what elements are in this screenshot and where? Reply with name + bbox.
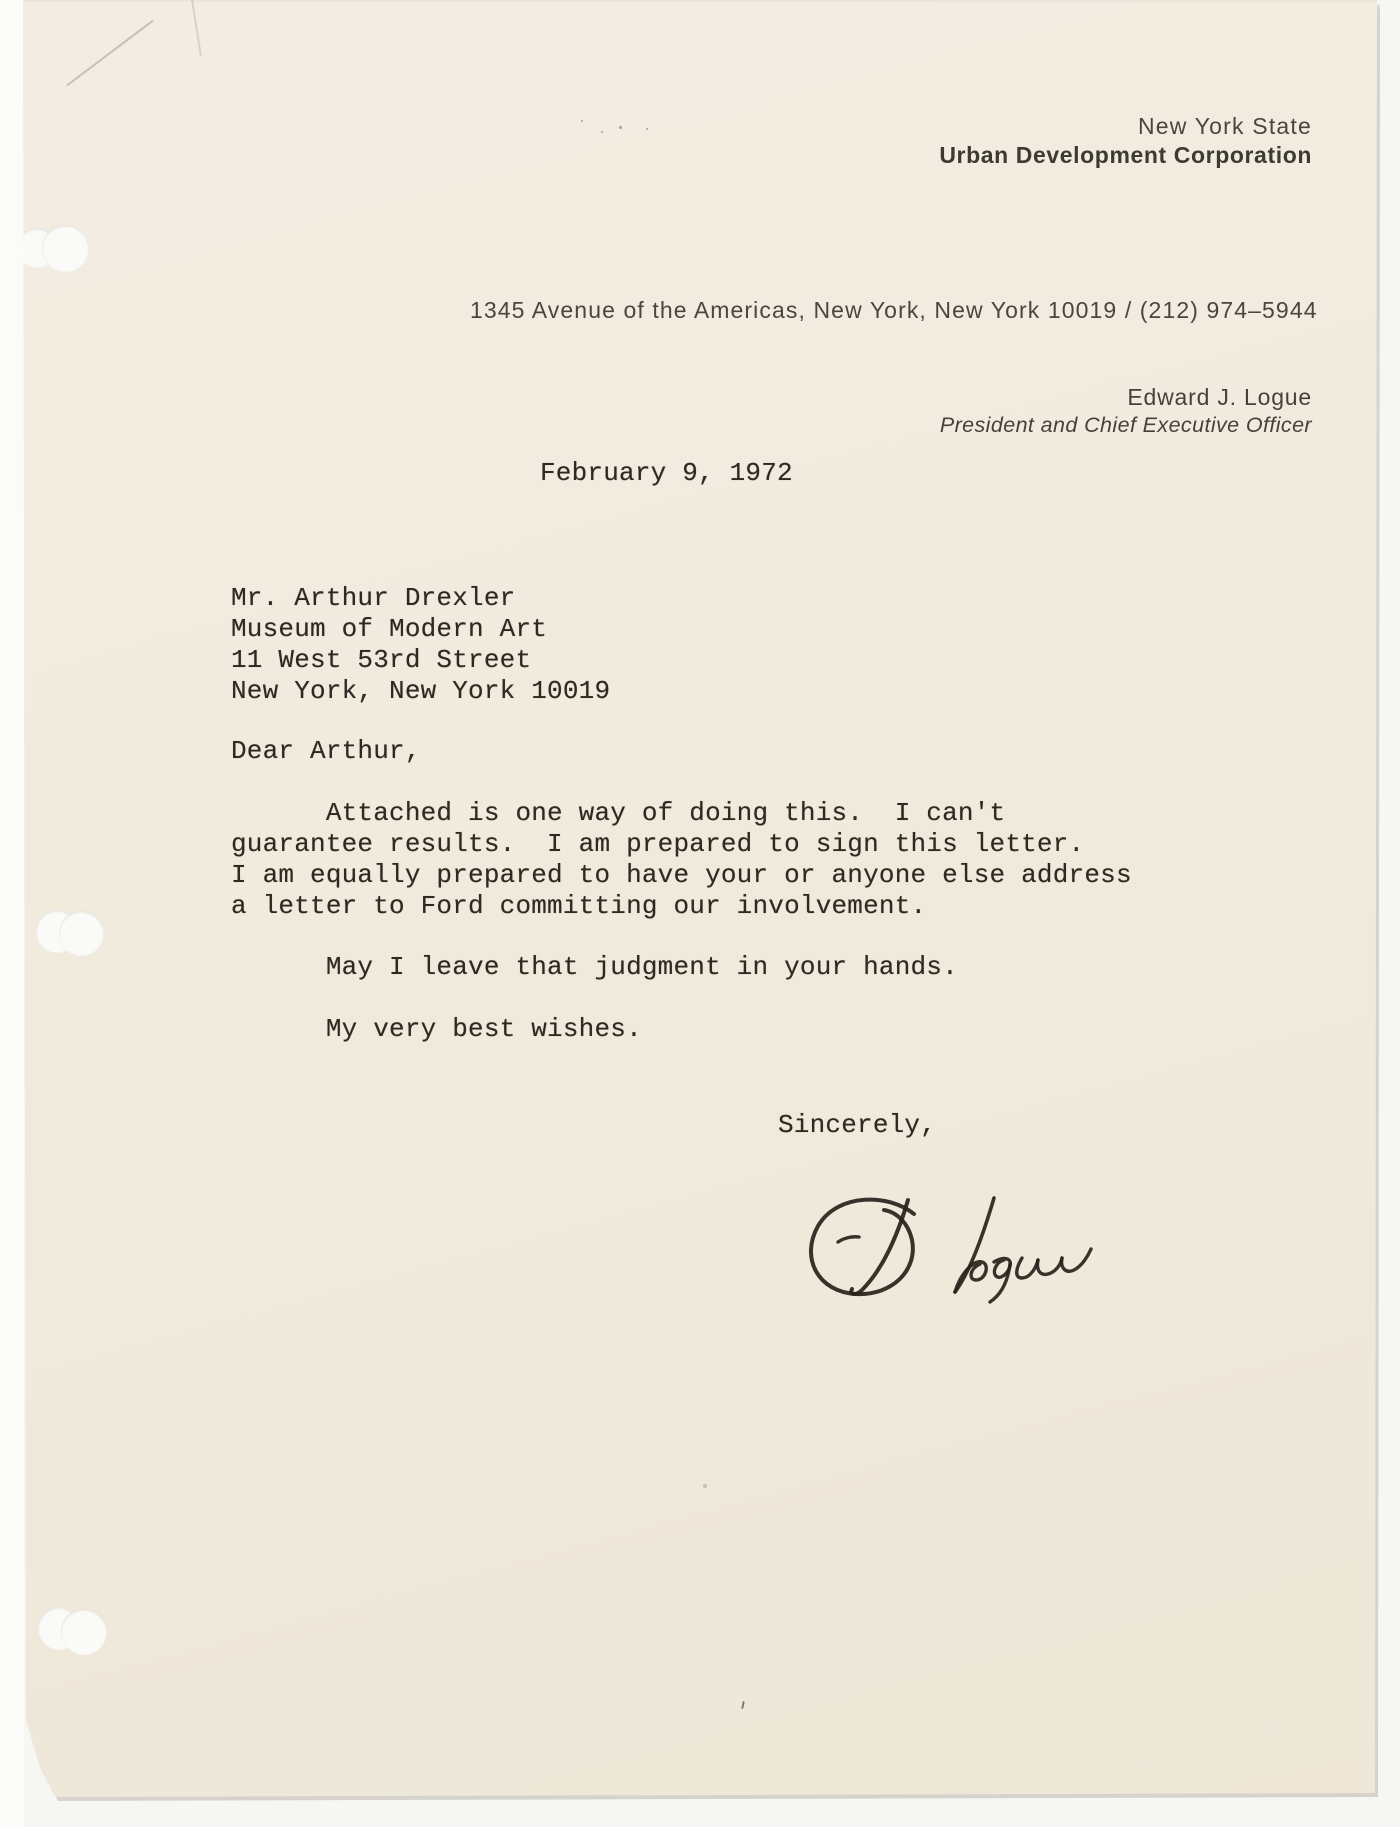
date-line: February 9, 1972 [540,458,793,489]
stray-ink-mark [741,1701,745,1709]
paper-speck [703,1484,707,1488]
letterhead-officer-block: Edward J. Logue President and Chief Exec… [940,383,1312,439]
corner-crease-mark [66,20,153,87]
salutation: Dear Arthur, [231,736,421,767]
signature-handwriting [798,1192,1098,1307]
body-paragraph-2: May I leave that judgment in your hands. [231,952,958,983]
scan-background [0,0,24,1827]
letterhead: New York State Urban Development Corpora… [939,112,1312,170]
officer-name: Edward J. Logue [940,383,1312,411]
letterhead-org-line1: New York State [939,112,1312,141]
paper-speck [619,126,622,129]
closing: Sincerely, [778,1110,936,1141]
paper-speck [581,120,583,122]
body-paragraph-1: Attached is one way of doing this. I can… [231,798,1132,922]
body-paragraph-3: My very best wishes. [231,1014,642,1045]
officer-title: President and Chief Executive Officer [940,411,1312,439]
paper-speck [601,131,603,133]
letterhead-address: 1345 Avenue of the Americas, New York, N… [470,297,1318,324]
letter-page: New York State Urban Development Corpora… [0,0,1400,1827]
corner-crease-mark [186,0,202,56]
letterhead-org-line2: Urban Development Corporation [939,141,1312,170]
paper-speck [646,128,648,130]
recipient-address: Mr. Arthur Drexler Museum of Modern Art … [231,583,610,707]
